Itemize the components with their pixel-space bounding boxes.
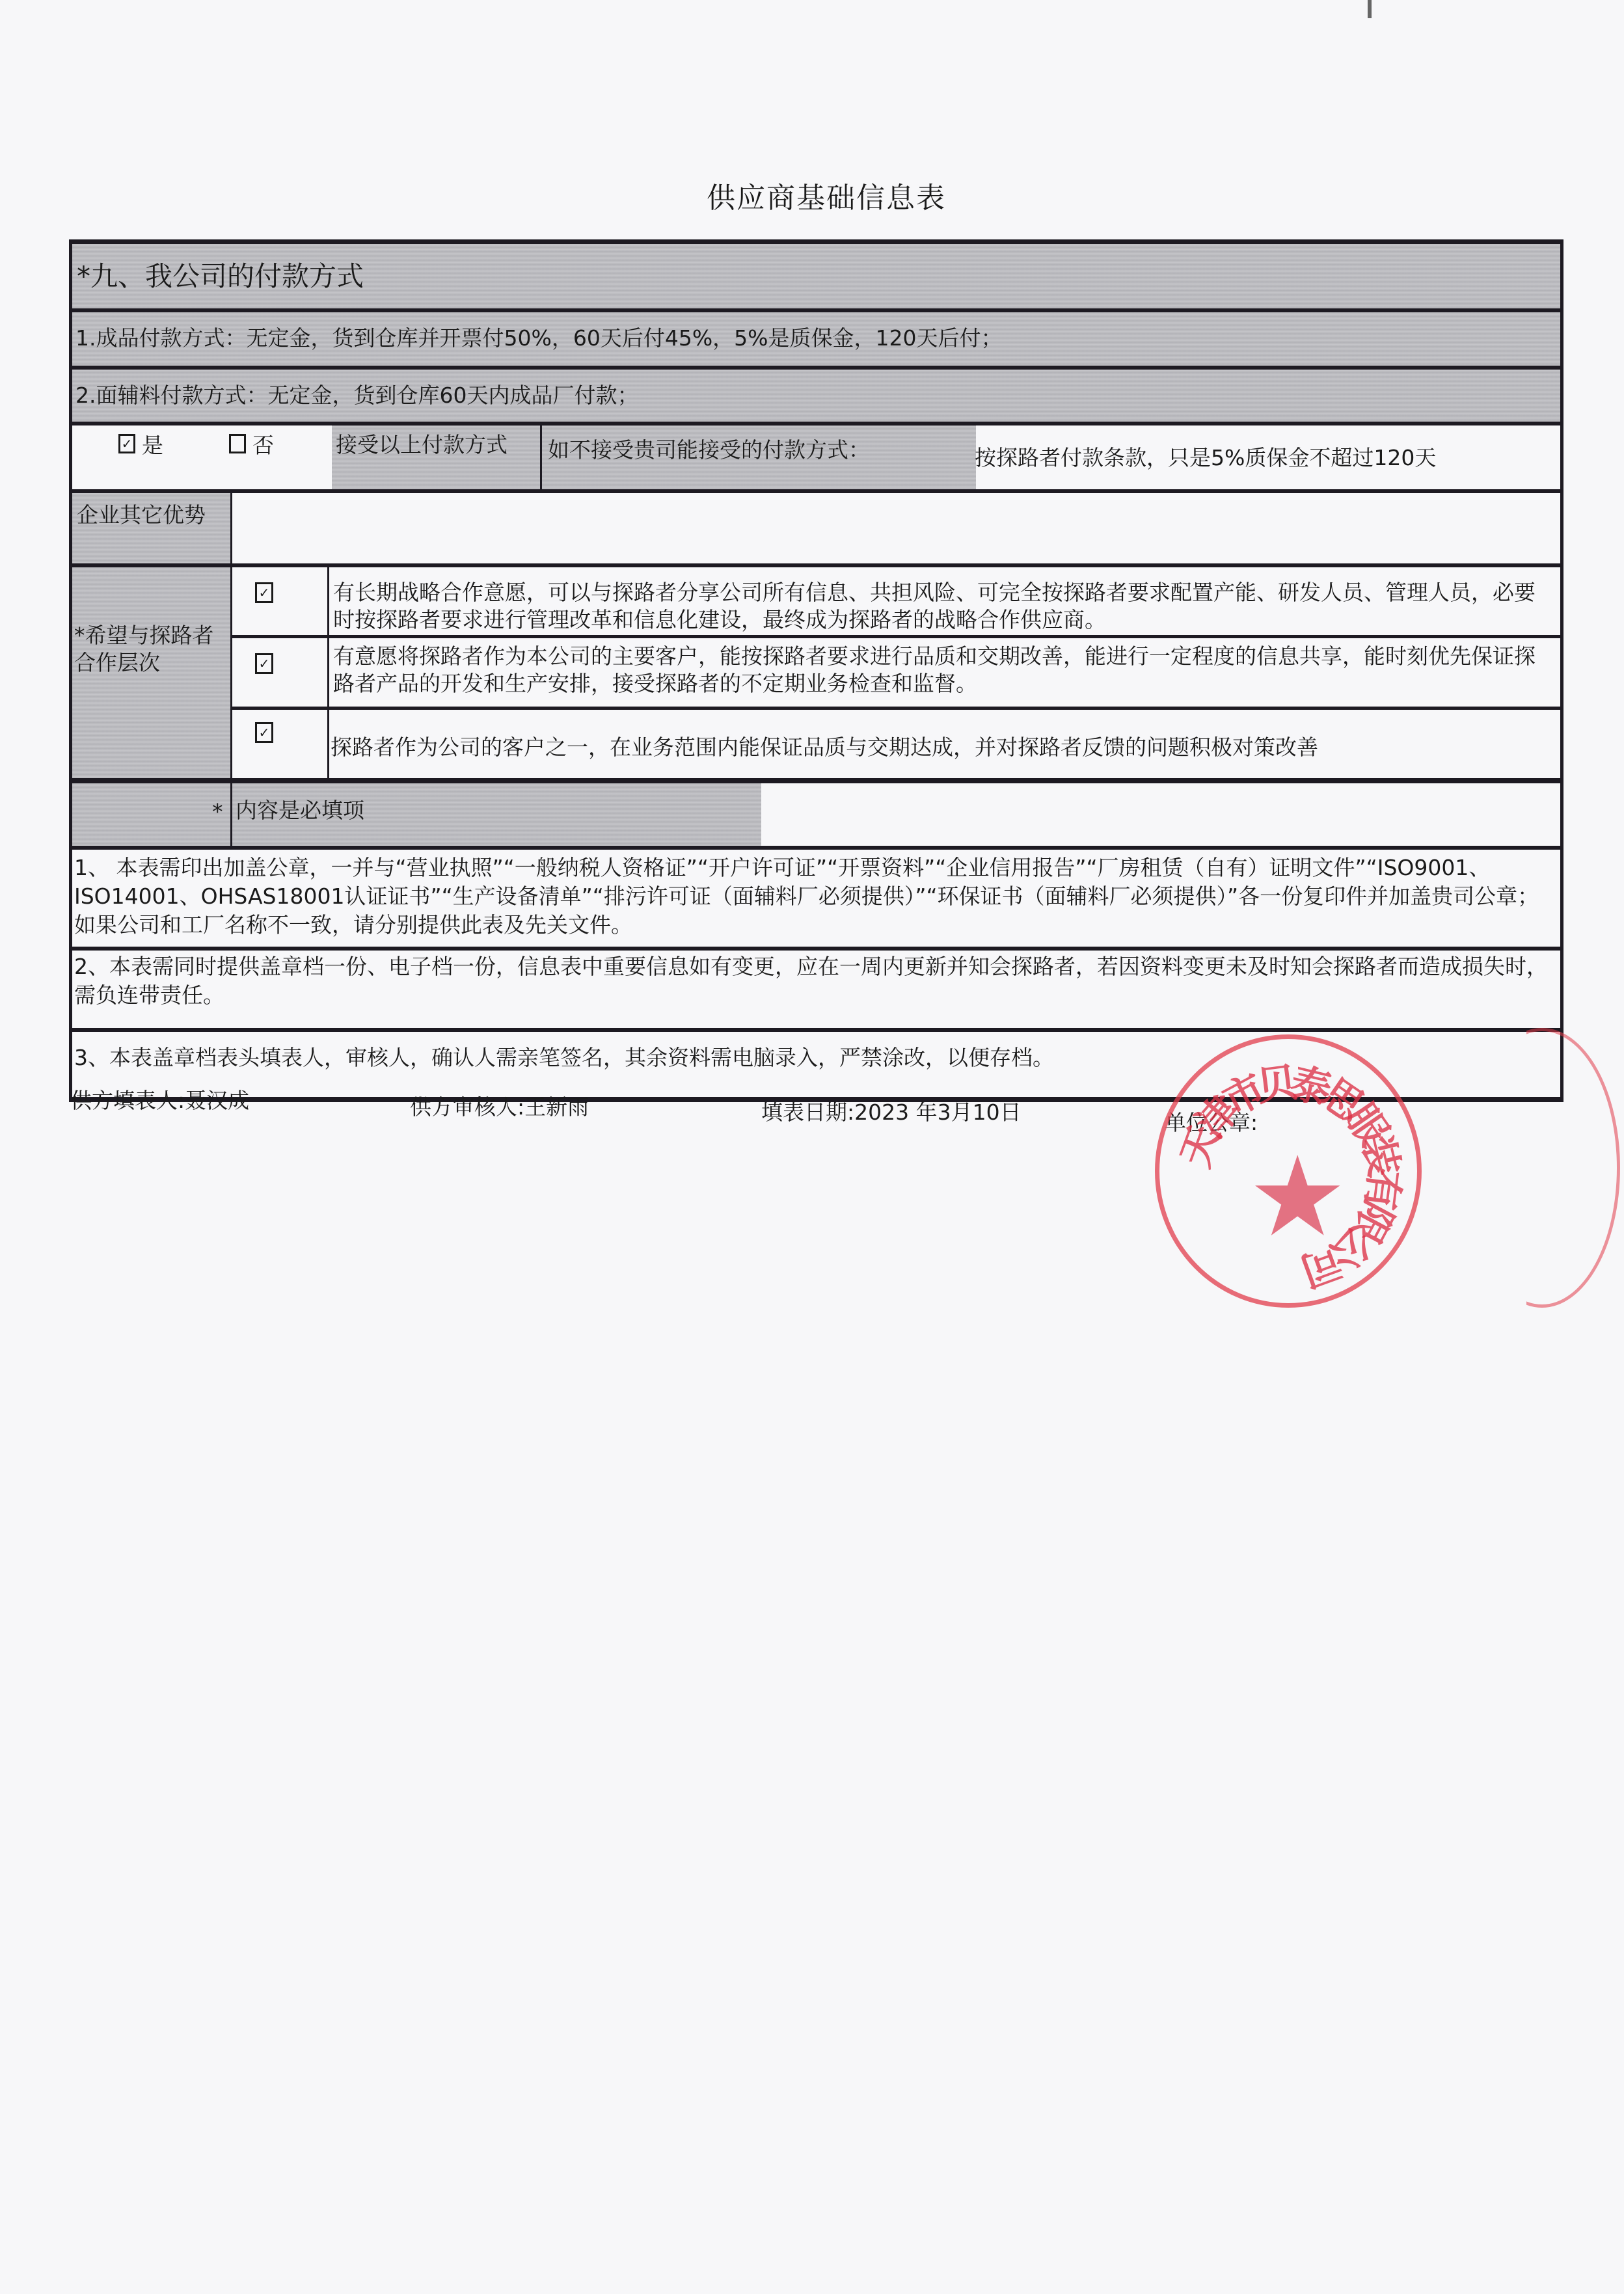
- accept-no-option[interactable]: 否: [229, 431, 274, 457]
- row-divider: [69, 778, 1563, 783]
- required-row-bg: [72, 781, 761, 846]
- coop-option-3-checkbox[interactable]: ✓: [255, 722, 273, 743]
- coop-option-3-text: 探路者作为公司的客户之一，在业务范围内能保证品质与交期达成，并对探路者反馈的问题…: [331, 734, 1554, 761]
- required-note: 内容是必填项: [236, 798, 364, 824]
- footer-reviewer: 供方审核人:王新雨: [410, 1090, 589, 1121]
- row-divider: [232, 707, 1563, 710]
- table-right-border: [1560, 239, 1563, 1102]
- cooperation-level-label: *希望与探路者合作层次: [74, 622, 228, 677]
- checkbox-checked-icon[interactable]: ✓: [118, 434, 135, 453]
- col-divider: [540, 424, 542, 491]
- coop-option-2-text: 有意愿将探路者作为本公司的主要客户，能按探路者要求进行品质和交期改善，能进行一定…: [333, 643, 1556, 697]
- note-1: 1、 本表需印出加盖公章，一并与“营业执照”“一般纳税人资格证”“开户许可证”“…: [74, 854, 1555, 939]
- accept-terms-label: 接受以上付款方式: [336, 432, 507, 458]
- other-advantages-label: 企业其它优势: [77, 502, 206, 528]
- footer-date: 填表日期:2023 年3月10日: [761, 1096, 1022, 1126]
- other-advantages-field[interactable]: [234, 493, 1559, 562]
- table-left-border: [69, 239, 72, 1102]
- accept-no-label: 否: [252, 429, 274, 459]
- col-divider: [327, 566, 329, 779]
- partial-seal-stamp: [1464, 1028, 1620, 1308]
- payment-term-materials: 2.面辅料付款方式：无定金，货到仓库60天内成品厂付款；: [75, 383, 638, 409]
- payment-term-finished-goods: 1.成品付款方式：无定金，货到仓库并开票付50%，60天后付45%，5%是质保金…: [75, 325, 1003, 351]
- row-divider: [69, 422, 1563, 425]
- table-top-border: [69, 239, 1563, 244]
- row-divider: [69, 947, 1563, 951]
- required-star: *: [212, 799, 223, 825]
- row-divider: [69, 366, 1563, 370]
- alt-terms-label: 如不接受贵司能接受的付款方式：: [548, 437, 870, 463]
- note-3: 3、本表盖章档表头填表人，审核人，确认人需亲笔签名，其余资料需电脑录入，严禁涂改…: [74, 1045, 1054, 1071]
- accept-yes-option[interactable]: ✓ 是: [118, 431, 163, 457]
- alt-terms-value[interactable]: 按探路者付款条款，只是5%质保金不超过120天: [975, 445, 1436, 471]
- page-title: 供应商基础信息表: [0, 174, 1624, 216]
- coop-option-2-checkbox[interactable]: ✓: [255, 653, 273, 674]
- note-2: 2、本表需同时提供盖章档一份、电子档一份，信息表中重要信息如有变更，应在一周内更…: [74, 952, 1555, 1010]
- row-divider: [69, 846, 1563, 850]
- row-divider: [232, 635, 1563, 638]
- footer-filler: 供方填表人:聂汉成: [70, 1084, 249, 1114]
- coop-option-1-checkbox[interactable]: ✓: [255, 582, 273, 603]
- scan-corner-mark: [1368, 0, 1372, 18]
- row-divider: [69, 563, 1563, 567]
- checkbox-unchecked-icon[interactable]: [229, 434, 246, 453]
- row-divider: [69, 308, 1563, 312]
- accept-yes-label: 是: [142, 429, 163, 459]
- row-divider: [69, 1028, 1563, 1032]
- coop-option-1-text: 有长期战略合作意愿，可以与探路者分享公司所有信息、共担风险、可完全按探路者要求配…: [333, 579, 1556, 634]
- section-heading: *九、我公司的付款方式: [77, 260, 364, 293]
- col-divider: [230, 491, 232, 846]
